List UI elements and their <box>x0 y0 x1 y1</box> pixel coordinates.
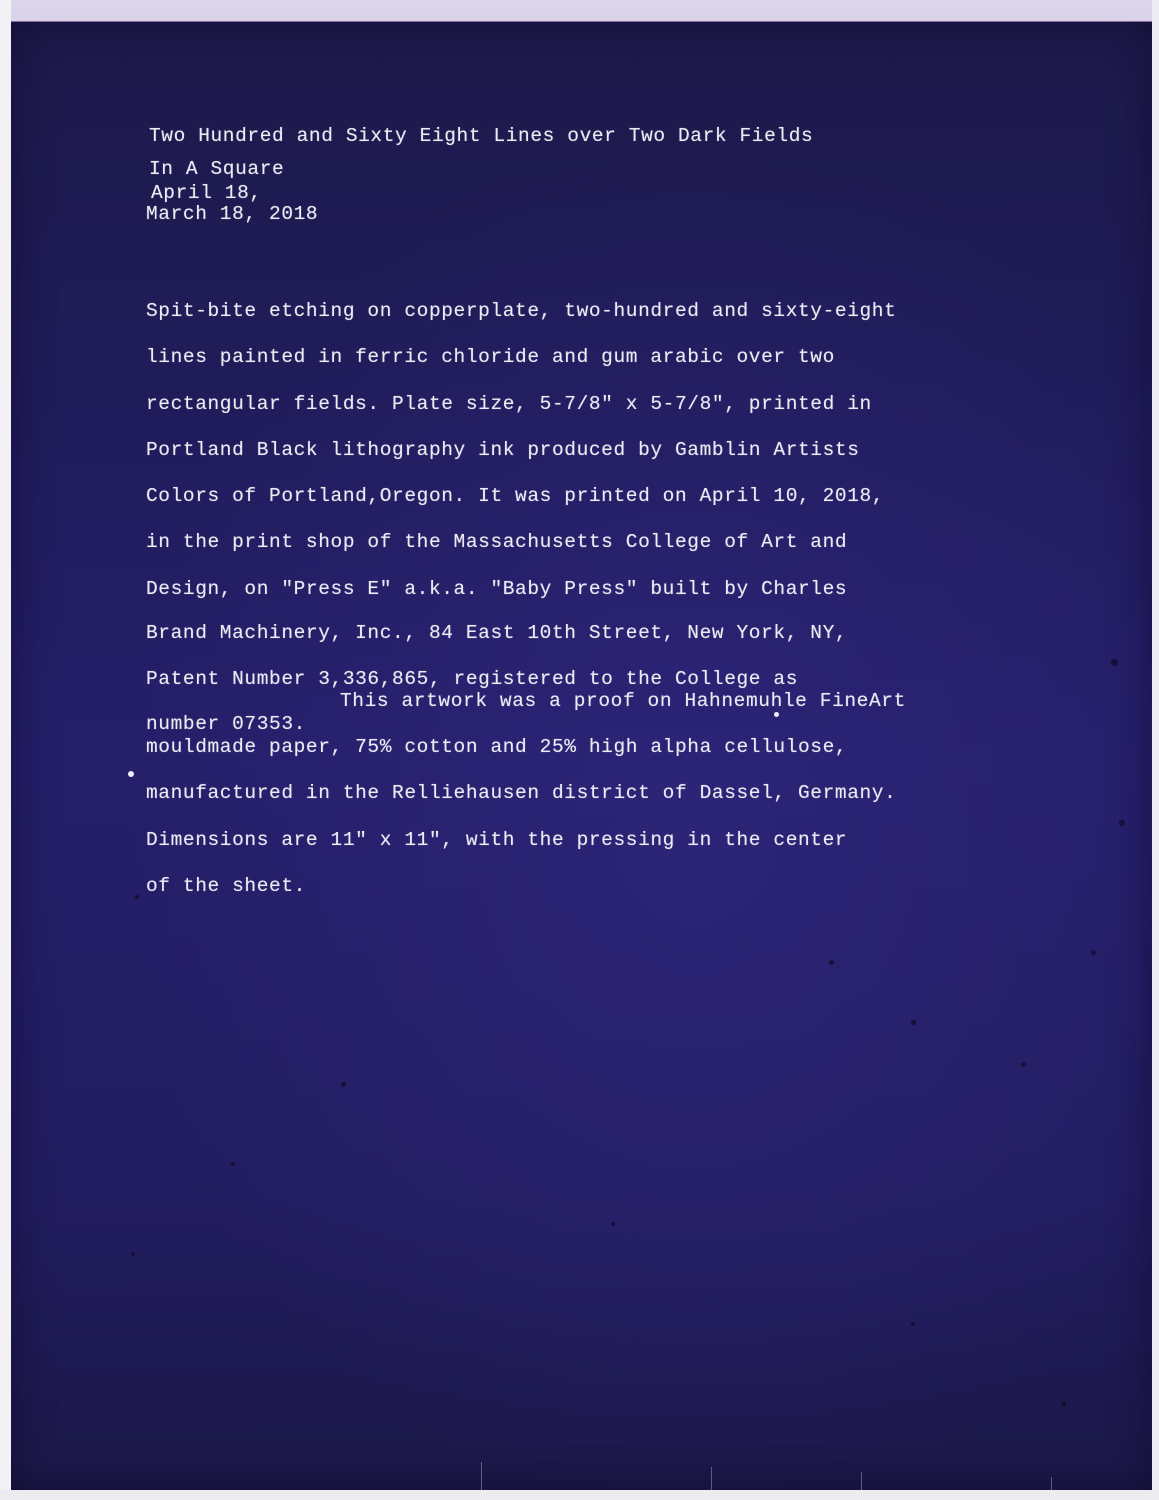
body-line: Dimensions are 11" x 11", with the press… <box>146 829 847 851</box>
document-title: Two Hundred and Sixty Eight Lines over T… <box>149 125 813 147</box>
body-line: rectangular fields. Plate size, 5-7/8" x… <box>146 393 872 415</box>
body-line: in the print shop of the Massachusetts C… <box>146 531 847 553</box>
scan-background-right <box>1152 0 1159 1500</box>
body-line: lines painted in ferric chloride and gum… <box>146 346 835 368</box>
white-speck <box>774 712 779 717</box>
subtitle-line: March 18, 2018 <box>146 203 318 225</box>
scratch-mark <box>711 1467 712 1492</box>
body-line: mouldmade paper, 75% cotton and 25% high… <box>146 736 847 758</box>
body-line: Spit-bite etching on copperplate, two-hu… <box>146 300 896 322</box>
body-line: Patent Number 3,336,865, registered to t… <box>146 668 798 690</box>
body-line: Brand Machinery, Inc., 84 East 10th Stre… <box>146 622 847 644</box>
subtitle-line: April 18, <box>151 182 262 204</box>
body-line-overtyped: This artwork was a proof on Hahnemuhle F… <box>340 690 906 712</box>
scratch-mark <box>481 1462 482 1492</box>
scratch-mark <box>861 1472 862 1492</box>
scan-background-top <box>0 0 1159 22</box>
subtitle-line: In A Square <box>149 158 284 180</box>
body-line: Colors of Portland,Oregon. It was printe… <box>146 485 884 507</box>
white-speck <box>128 771 134 777</box>
body-line: manufactured in the Relliehausen distric… <box>146 782 896 804</box>
body-line: Design, on "Press E" a.k.a. "Baby Press"… <box>146 578 847 600</box>
body-line: of the sheet. <box>146 875 306 897</box>
scan-background-bottom <box>0 1490 1159 1500</box>
body-line: Portland Black lithography ink produced … <box>146 439 860 461</box>
body-line: number 07353. <box>146 713 306 735</box>
scan-background-left <box>0 0 11 1500</box>
